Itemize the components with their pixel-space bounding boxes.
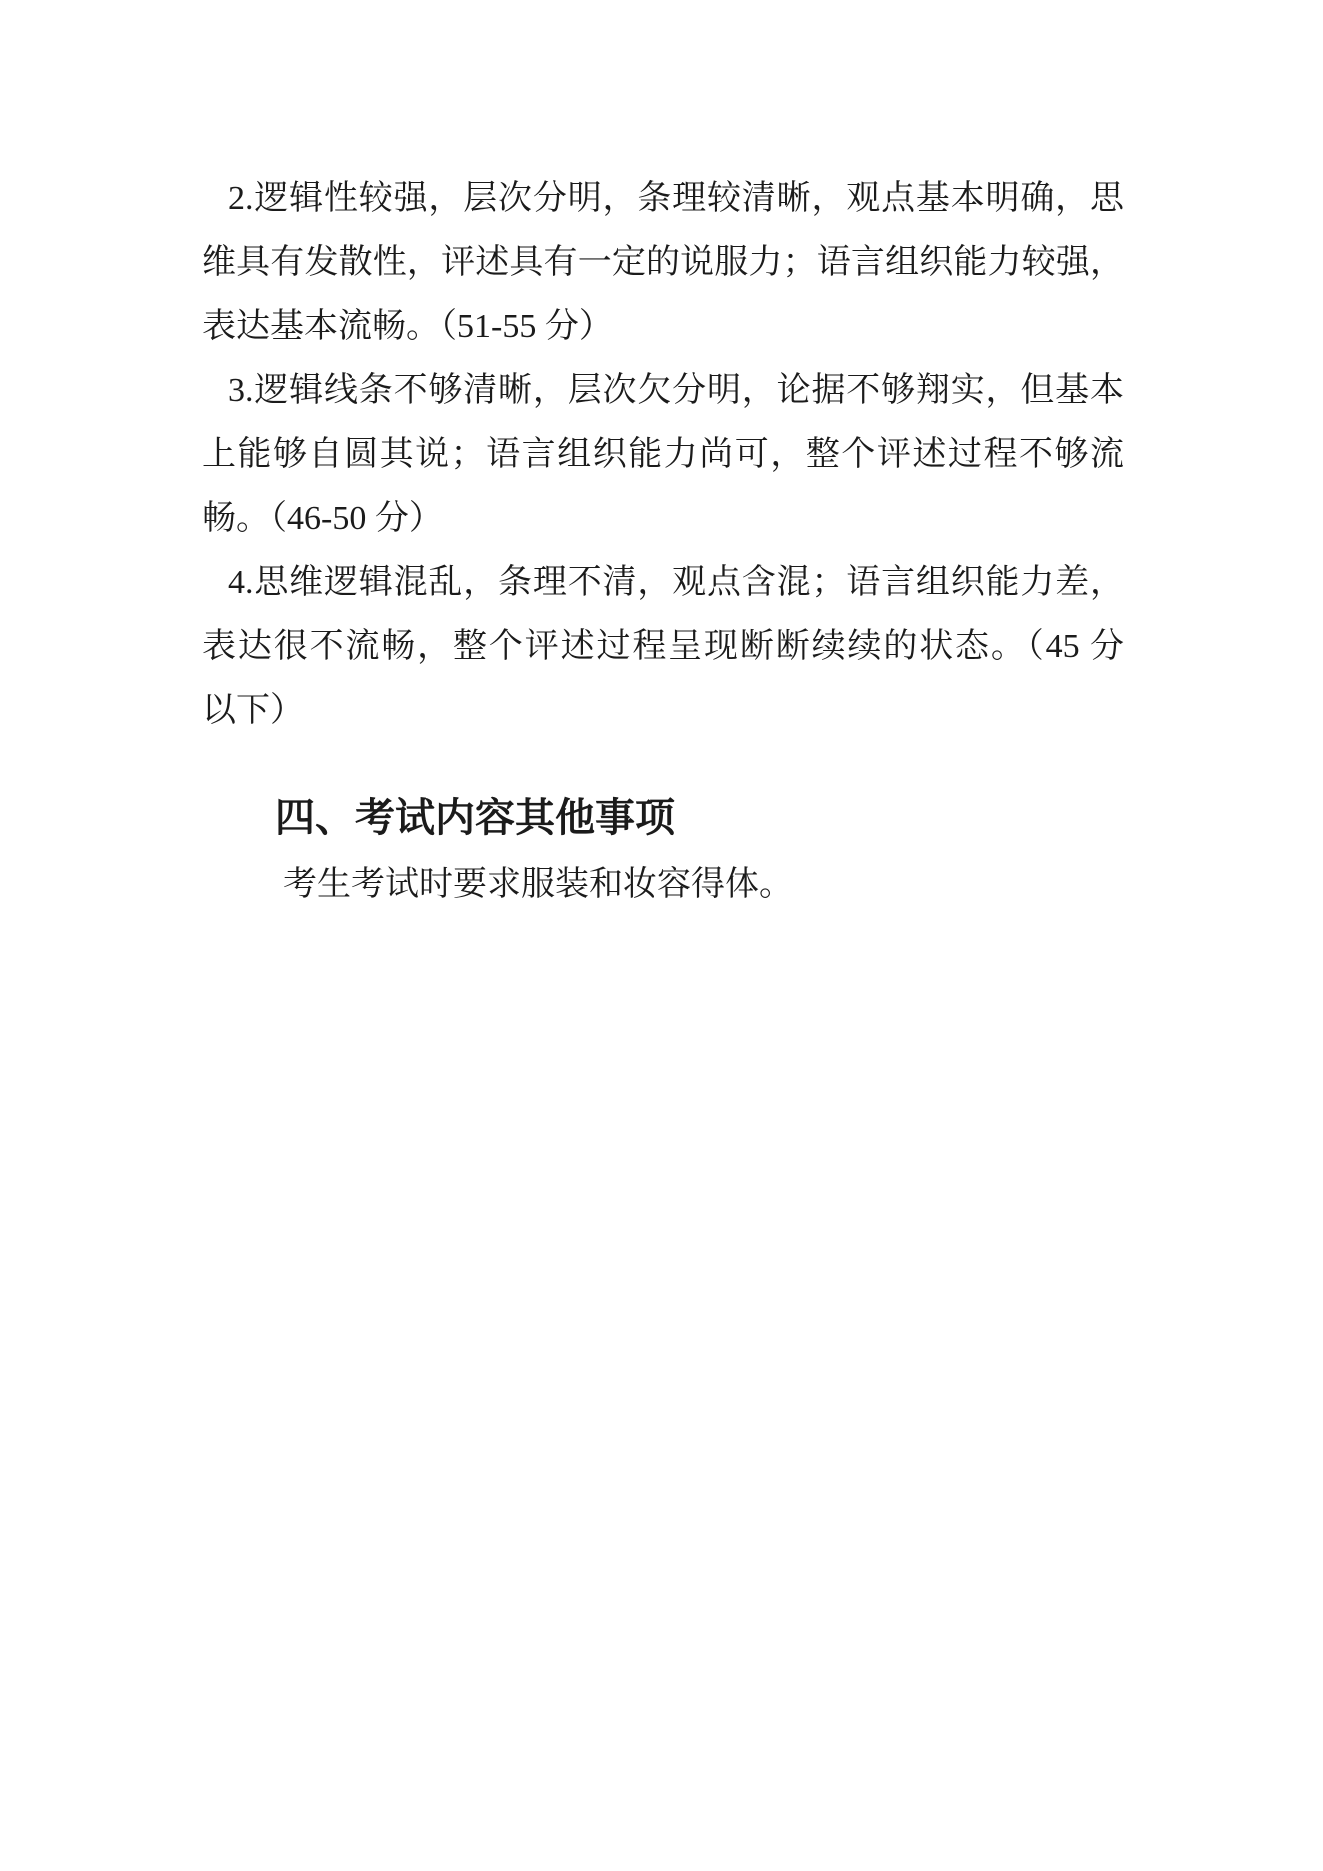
section-heading: 四、考试内容其他事项 [202,786,1124,850]
scoring-criterion-2: 2.逻辑性较强，层次分明，条理较清晰，观点基本明确，思 维具有发散性，评述具有一… [202,167,1124,359]
text-line: 维具有发散性，评述具有一定的说服力；语言组织能力较强， [202,231,1124,295]
closing-note: 考生考试时要求服装和妆容得体。 [202,853,1124,917]
text-line: 以下） [202,679,1124,743]
document-page: 2.逻辑性较强，层次分明，条理较清晰，观点基本明确，思 维具有发散性，评述具有一… [0,0,1323,1871]
text-line: 2.逻辑性较强，层次分明，条理较清晰，观点基本明确，思 [202,167,1124,231]
text-line: 表达基本流畅。（51-55 分） [202,295,1124,359]
text-line: 表达很不流畅，整个评述过程呈现断断续续的状态。（45 分 [202,615,1124,679]
text-line: 上能够自圆其说；语言组织能力尚可，整个评述过程不够流 [202,423,1124,487]
text-block: 2.逻辑性较强，层次分明，条理较清晰，观点基本明确，思 维具有发散性，评述具有一… [202,167,1124,917]
text-line: 畅。（46-50 分） [202,487,1124,551]
scoring-criterion-4: 4.思维逻辑混乱，条理不清，观点含混；语言组织能力差， 表达很不流畅，整个评述过… [202,551,1124,743]
text-line: 3.逻辑线条不够清晰，层次欠分明，论据不够翔实，但基本 [202,359,1124,423]
scoring-criterion-3: 3.逻辑线条不够清晰，层次欠分明，论据不够翔实，但基本 上能够自圆其说；语言组织… [202,359,1124,551]
text-line: 4.思维逻辑混乱，条理不清，观点含混；语言组织能力差， [202,551,1124,615]
